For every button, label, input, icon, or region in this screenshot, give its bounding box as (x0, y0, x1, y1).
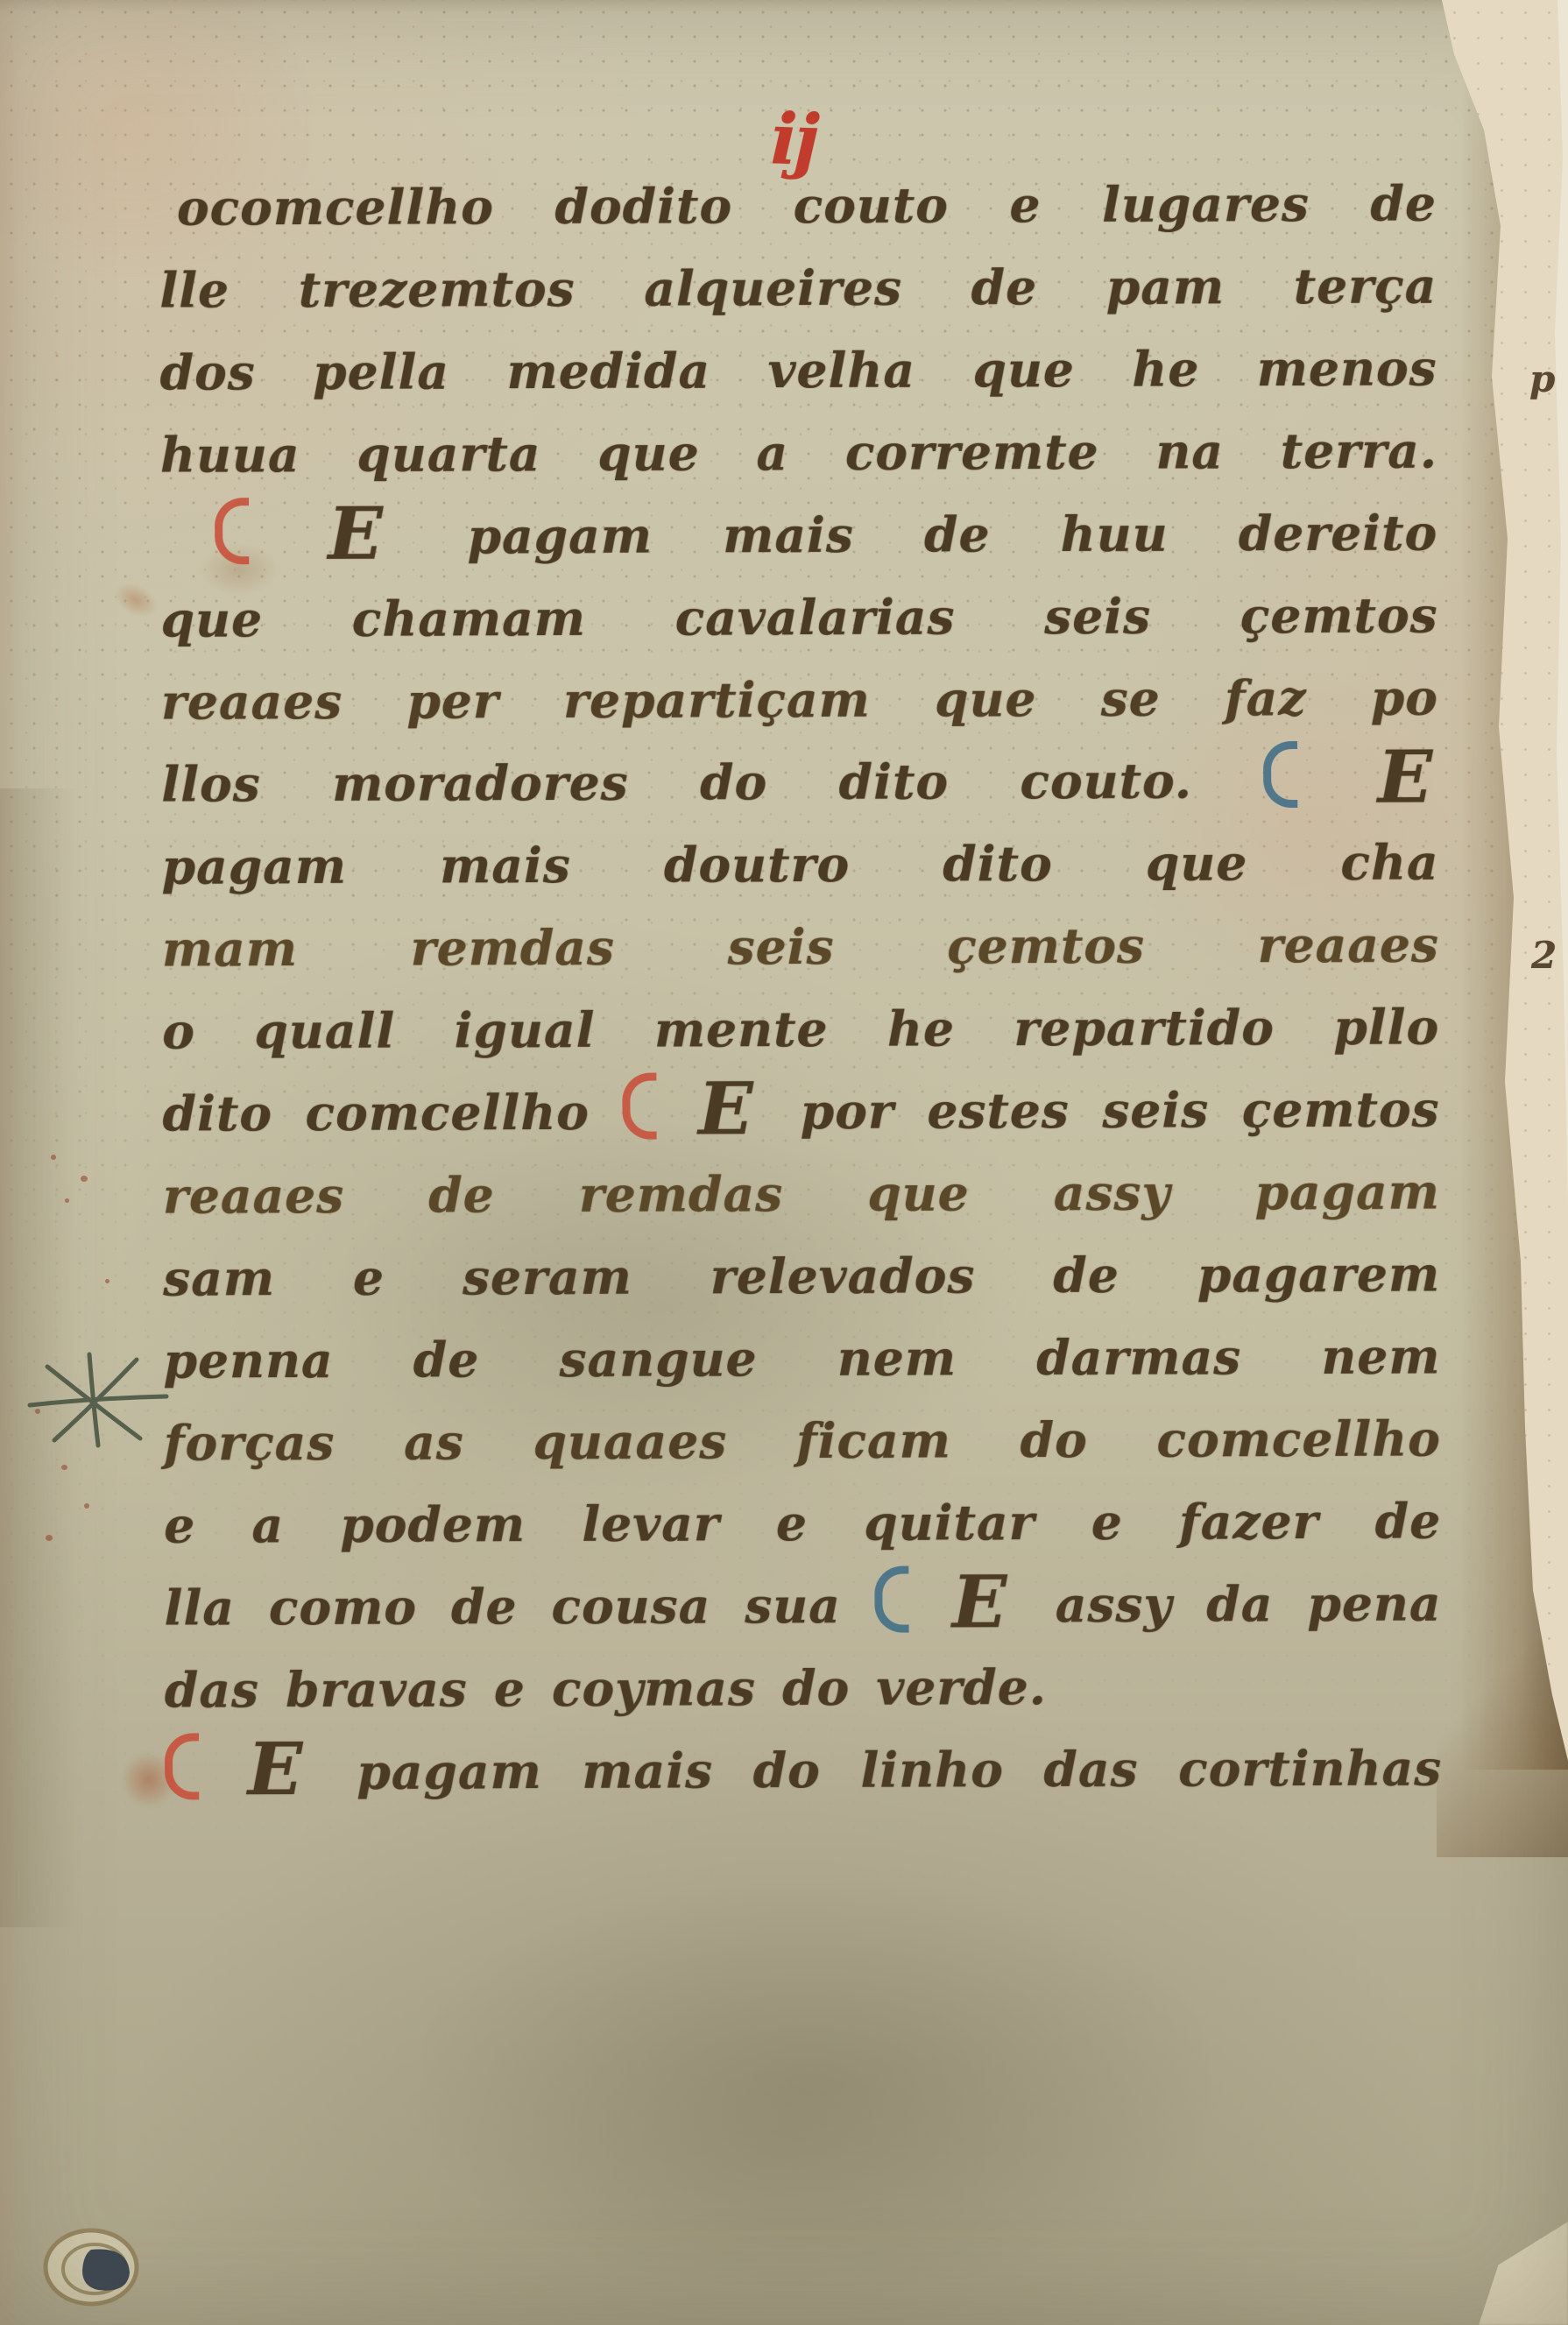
manuscript-photo: ij ocomcellho dodito couto e lugares de … (0, 0, 1568, 2325)
initial-letter: E (328, 491, 462, 576)
manuscript-line: dos pella medida velha que he menos (159, 327, 1437, 413)
initial-letter: E (248, 1728, 352, 1812)
ink-text: assy da pena (1056, 1574, 1442, 1633)
ink-text: dito comcellho (162, 1084, 622, 1142)
ink-text: dos pella medida velha que he menos (159, 339, 1437, 400)
ink-text: que chamam cavalarias seis çemtos (160, 586, 1437, 647)
rubric-paragraph-mark-icon (215, 498, 249, 564)
manuscript-line: E pagam mais de huu dereito (160, 491, 1437, 578)
ink-text: forças as quaaes ficam do comcellho (164, 1410, 1441, 1471)
manuscript-line: mam remdas seis çemtos reaaes (162, 903, 1439, 990)
ink-text: penna de sangue nem darmas nem (163, 1327, 1440, 1389)
parchment-page: ij ocomcellho dodito couto e lugares de … (0, 0, 1568, 2325)
rubric-paragraph-mark-icon (622, 1073, 656, 1140)
ink-speck (81, 1176, 88, 1182)
initial-letter: E (1377, 735, 1433, 819)
ink-speck (61, 1465, 67, 1470)
manuscript-line: E pagam mais do linho das cortinhas (165, 1727, 1442, 1813)
ink-text: sam e seram relevados de pagarem (163, 1245, 1440, 1306)
ink-speck (105, 1279, 109, 1283)
ink-text: lla como de cousa sua (164, 1577, 875, 1636)
ink-text: por estes seis çemtos (801, 1080, 1440, 1140)
blue-paragraph-mark-icon (875, 1566, 909, 1633)
ink-text: reaaes de remdas que assy pagam (163, 1162, 1440, 1224)
manuscript-line: pagam mais doutro dito que cha (161, 821, 1438, 908)
manuscript-line: lla como de cousa sua E assy da pena (164, 1562, 1441, 1649)
ink-text: pagam mais de huu dereito (467, 504, 1437, 564)
ink-text: ocomcellho dodito couto e lugares de (177, 174, 1437, 236)
fore-edge-text-fragment: p (1529, 357, 1555, 400)
manuscript-line: dito comcellho E por estes seis çemtos (162, 1068, 1439, 1155)
ink-text: llos moradores do dito couto. (161, 752, 1263, 812)
ink-text: mam remdas seis çemtos reaaes (162, 915, 1439, 977)
ink-speck (65, 1198, 69, 1203)
ink-text: huua quarta que a corremte na terra. (160, 421, 1437, 483)
ink-text: pagam mais do linho das cortinhas (357, 1739, 1442, 1799)
manuscript-line: ocomcellho dodito couto e lugares de (159, 162, 1437, 249)
rubric-paragraph-mark-icon (165, 1733, 199, 1799)
manuscript-line: llos moradores do dito couto. E (161, 738, 1438, 825)
initial-letter: E (698, 1067, 795, 1151)
manuscript-line: reaaes per repartiçam que se faz po (161, 656, 1438, 743)
star-mark-icon (25, 1347, 173, 1452)
manuscript-line: reaaes de remdas que assy pagam (163, 1150, 1440, 1237)
ink-speck (84, 1503, 89, 1509)
manuscript-line: forças as quaaes ficam do comcellho (164, 1397, 1441, 1484)
ink-text: reaaes per repartiçam que se faz po (161, 668, 1438, 730)
blue-paragraph-mark-icon (1263, 741, 1297, 808)
manuscript-line: o quall igual mente he repartido pllo (162, 986, 1439, 1072)
manuscript-line: penna de sangue nem darmas nem (163, 1315, 1440, 1402)
text-block: ocomcellho dodito couto e lugares de lle… (159, 162, 1443, 1813)
manuscript-line: lle trezemtos alqueires de pam terça (159, 244, 1437, 331)
ink-speck (51, 1155, 56, 1160)
ink-text: e a podem levar e quitar e fazer de (164, 1492, 1441, 1553)
ink-text: o quall igual mente he repartido pllo (162, 998, 1439, 1059)
ink-text: pagam mais doutro dito que cha (161, 833, 1438, 894)
manuscript-line: huua quarta que a corremte na terra. (160, 409, 1437, 496)
ink-text: das bravas e coymas do verde. (165, 1658, 1047, 1719)
manuscript-line: e a podem levar e quitar e fazer de (164, 1480, 1441, 1566)
manuscript-line: sam e seram relevados de pagarem (163, 1233, 1440, 1319)
manuscript-line: das bravas e coymas do verde. (165, 1644, 1442, 1731)
wormhole-icon (42, 2225, 145, 2309)
fore-edge-text-fragment: 2 (1531, 934, 1557, 977)
initial-letter: E (952, 1560, 1050, 1644)
manuscript-line: que chamam cavalarias seis çemtos (160, 574, 1437, 661)
ink-speck (46, 1535, 53, 1541)
ink-text: lle trezemtos alqueires de pam terça (159, 257, 1437, 318)
